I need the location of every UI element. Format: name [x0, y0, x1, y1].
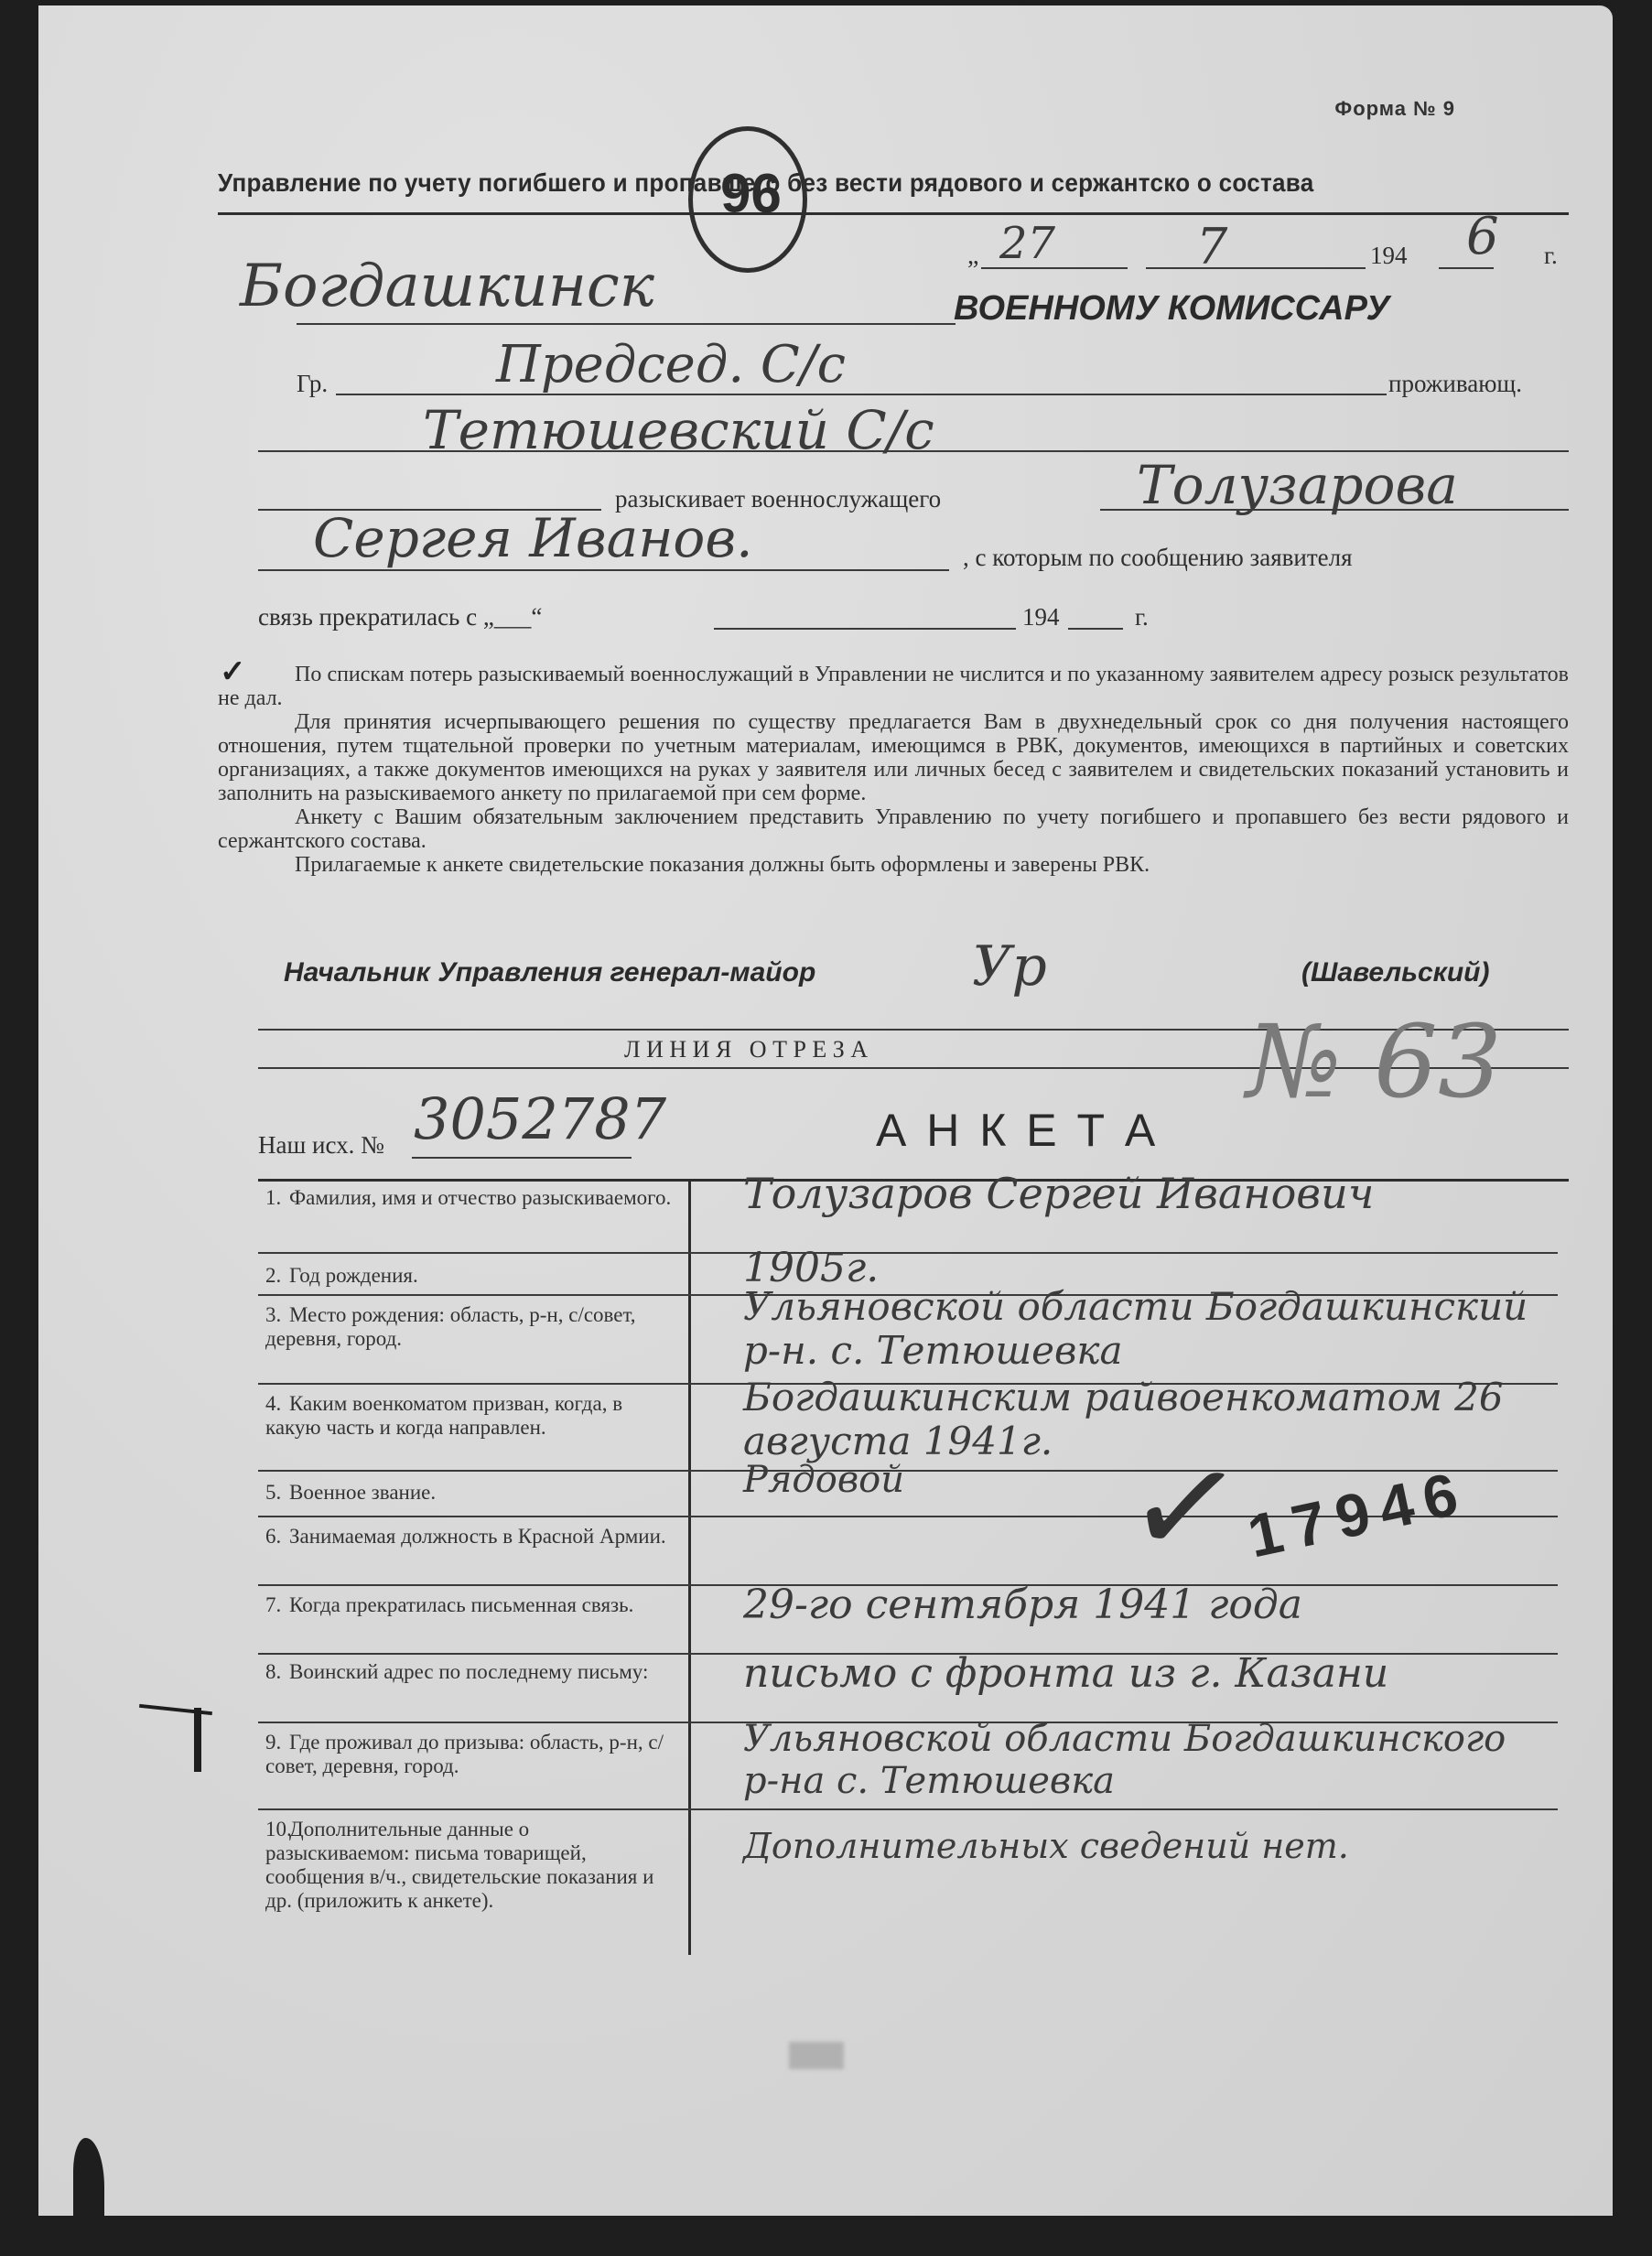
question-number: 10.: [265, 1818, 289, 1841]
table-row-line: [258, 1294, 1558, 1296]
signature-name: (Шавельский): [1301, 957, 1489, 988]
table-row-line: [258, 1808, 1558, 1810]
lost-contact-year: 194: [1022, 603, 1060, 631]
check-mark-large-icon: ✓: [1118, 1421, 1254, 1595]
signature-scribble: Ур: [972, 934, 1047, 998]
question-number: 4.: [265, 1392, 289, 1416]
question-answer: Ульяновской области Богдашкинского р-на …: [743, 1718, 1549, 1802]
paragraph-submit: Анкету с Вашим обязательным заключением …: [218, 805, 1569, 853]
question-number: 6.: [265, 1525, 289, 1549]
question-label: 5.Военное звание.: [265, 1481, 677, 1505]
letter-body: По спискам потерь разыскиваемый военносл…: [218, 663, 1569, 877]
lost-contact-year-line: [1068, 628, 1123, 630]
question-text: Год рождения.: [289, 1264, 418, 1287]
outgoing-number: 3052787: [414, 1085, 666, 1152]
outgoing-number-line: [412, 1157, 632, 1159]
paragraph-instructions: Для принятия исчерпывающего решения по с…: [218, 710, 1569, 805]
paper-tear-left-2: [194, 1708, 201, 1772]
question-text: Воинский адрес по последнему письму:: [289, 1660, 648, 1683]
question-text: Фамилия, имя и отчество разыскиваемого.: [289, 1186, 671, 1209]
question-label: 4.Каким военкоматом призван, когда, в ка…: [265, 1392, 677, 1440]
addressee-line: [297, 323, 956, 325]
date-quote: „: [967, 242, 978, 271]
stamp-number: 96: [720, 161, 782, 224]
lost-contact-month-line: [714, 628, 1016, 630]
question-text: Место рождения: область, р-н, с/совет, д…: [265, 1303, 636, 1350]
date-year-unit: г.: [1544, 242, 1558, 270]
question-number: 7.: [265, 1593, 289, 1617]
question-number: 8.: [265, 1660, 289, 1684]
department-title: Управление по учету погибшего и пропавше…: [218, 168, 1476, 198]
title-underline: [218, 212, 1569, 215]
question-label: 2.Год рождения.: [265, 1264, 677, 1288]
question-number: 1.: [265, 1186, 289, 1210]
date-day-line: [981, 267, 1128, 269]
table-row-line: [258, 1584, 1558, 1586]
question-text: Где проживал до призыва: область, р-н, с…: [265, 1731, 664, 1777]
signature-title: Начальник Управления генерал-майор: [284, 957, 815, 988]
table-divider: [688, 1182, 691, 1955]
question-label: 1.Фамилия, имя и отчество разыскиваемого…: [265, 1186, 677, 1210]
question-answer: письмо с фронта из г. Казани: [743, 1651, 1549, 1698]
questionnaire-title: А Н К Е Т А: [876, 1104, 1159, 1157]
table-row-line: [258, 1383, 1558, 1385]
question-label: 10.Дополнительные данные о разыскиваемом…: [265, 1818, 677, 1913]
question-number: 5.: [265, 1481, 289, 1505]
lost-contact-label: связь прекратилась с „___“: [258, 603, 542, 631]
question-answer: Толузаров Сергей Иванович: [743, 1170, 1549, 1218]
question-number: 3.: [265, 1303, 289, 1327]
table-row-line: [258, 1722, 1558, 1723]
question-label: 8.Воинский адрес по последнему письму:: [265, 1660, 677, 1684]
paragraph-not-listed: По спискам потерь разыскиваемый военносл…: [218, 663, 1569, 710]
question-number: 2.: [265, 1264, 289, 1288]
table-row-line: [258, 1252, 1558, 1254]
date-month-line: [1146, 267, 1366, 269]
question-text: Каким военкоматом призван, когда, в каку…: [265, 1392, 622, 1439]
table-row-line: [258, 1653, 1558, 1655]
question-label: 6.Занимаемая должность в Красной Армии.: [265, 1525, 677, 1549]
residing-label: проживающ.: [1388, 370, 1522, 398]
question-answer: Ульяновской области Богдашкинский р-н. с…: [743, 1285, 1549, 1374]
document-page: Форма № 9 Управление по учету погибшего …: [38, 5, 1613, 2216]
addressee-printed: ВОЕННОМУ КОМИССАРУ: [954, 289, 1389, 329]
question-text: Дополнительные данные о разыскиваемом: п…: [265, 1818, 653, 1912]
addressee-handwritten: Богдашкинск: [240, 253, 654, 320]
question-label: 3.Место рождения: область, р-н, с/совет,…: [265, 1303, 677, 1351]
lost-contact-unit: г.: [1135, 603, 1149, 631]
citizen-line: [336, 394, 1387, 395]
citizen-label: Гр.: [297, 370, 328, 398]
date-day: 27: [999, 218, 1055, 269]
bottom-smudge: [789, 2042, 844, 2069]
date-year-line: [1439, 267, 1494, 269]
soldier-name-handwritten: Сергея Иванов.: [313, 507, 753, 569]
question-label: 9.Где проживал до призыва: область, р-н,…: [265, 1731, 677, 1778]
table-row-line: [258, 1470, 1558, 1472]
paragraph-testimony: Прилагаемые к анкете свидетельские показ…: [218, 853, 1569, 877]
question-answer: 29-го сентября 1941 года: [743, 1582, 1549, 1629]
reported-label: , с которым по сообщению заявителя: [963, 544, 1353, 572]
question-number: 9.: [265, 1731, 289, 1754]
date-year-suffix: 6: [1466, 207, 1499, 266]
soldier-surname-handwritten: Толузарова: [1137, 454, 1458, 516]
paper-tear-bottom-left: [73, 2138, 104, 2220]
question-label: 7.Когда прекратилась письменная связь.: [265, 1593, 677, 1617]
outgoing-label: Наш исх. №: [258, 1131, 384, 1160]
cut-line-label: Л И Н И Я О Т Р Е З А: [624, 1036, 868, 1063]
question-text: Занимаемая должность в Красной Армии.: [289, 1525, 666, 1548]
margin-pencil-mark: № 63: [1247, 1003, 1502, 1120]
form-number: Форма № 9: [1334, 97, 1455, 121]
question-text: Военное звание.: [289, 1481, 436, 1504]
question-text: Когда прекратилась письменная связь.: [289, 1593, 633, 1616]
question-answer: Дополнительных сведений нет.: [743, 1827, 1549, 1867]
date-year-prefix: 194: [1370, 242, 1408, 270]
soldier-name-line: [258, 569, 949, 571]
citizen-handwritten: Председ. С/с: [496, 335, 846, 394]
residence-line: [258, 450, 1569, 452]
